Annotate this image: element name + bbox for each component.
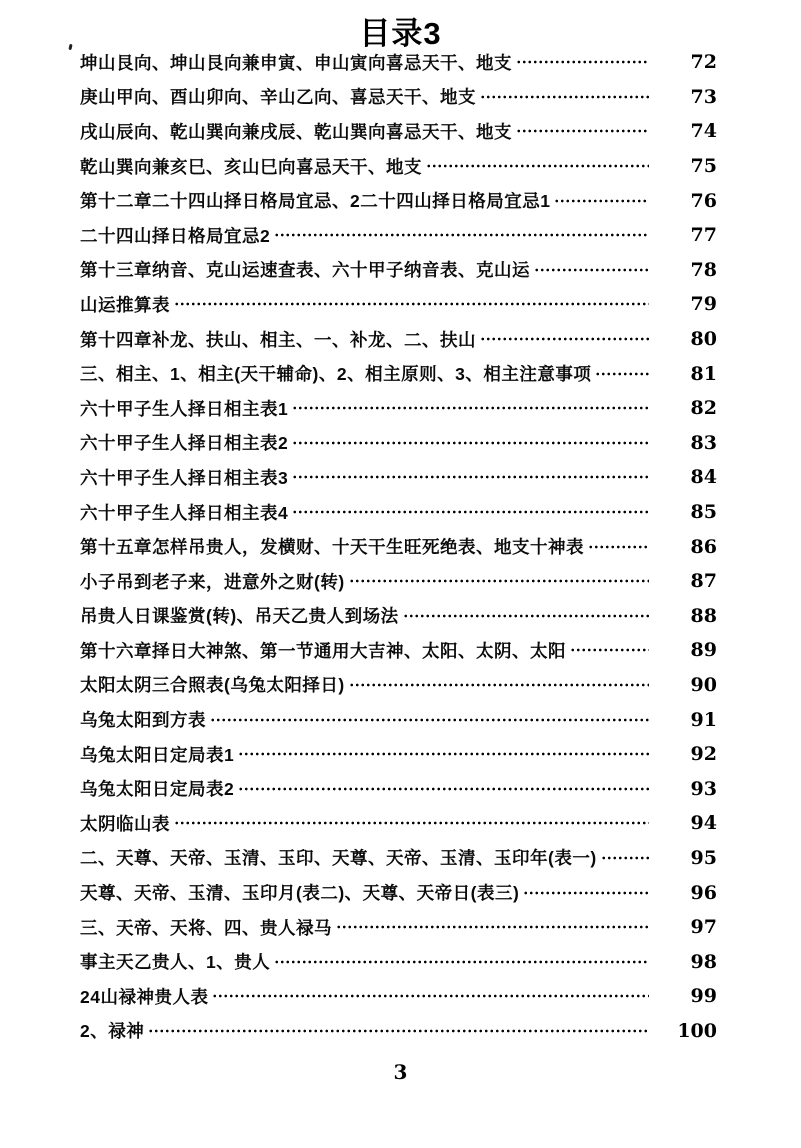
toc-entry-label: 天尊、天帝、玉清、玉印月(表二)、天尊、天帝日(表三) — [80, 880, 519, 905]
dotted-leader — [292, 473, 649, 481]
toc-entry-label: 乌兔太阳日定局表1 — [80, 742, 234, 767]
toc-entry[interactable]: 六十甲子生人择日相主表1 82 — [80, 391, 717, 426]
toc-entry-page-number: 84 — [675, 466, 717, 488]
toc-entry[interactable]: 第十五章怎样吊贵人，发横财、十天干生旺死绝表、地支十神表 86 — [80, 529, 717, 564]
toc-entry-label: 乾山巽向兼亥巳、亥山巳向喜忌天干、地支 — [80, 154, 422, 179]
toc-entry[interactable]: 第十三章纳音、克山运速查表、六十甲子纳音表、克山运 78 — [80, 253, 717, 288]
dotted-leader — [480, 93, 649, 101]
toc-entry-page-number: 72 — [675, 51, 717, 73]
dotted-leader — [570, 646, 649, 654]
toc-entry-page-number: 77 — [675, 224, 717, 246]
toc-entry-page-number: 74 — [675, 120, 717, 142]
dotted-leader — [212, 992, 649, 1000]
toc-entry-page-number: 95 — [675, 847, 717, 869]
toc-entry[interactable]: 太阳太阴三合照表(乌兔太阳择日) 90 — [80, 668, 717, 703]
toc-entry-label: 太阴临山表 — [80, 811, 170, 836]
toc-entry[interactable]: 戌山辰向、乾山巽向兼戌辰、乾山巽向喜忌天干、地支 74 — [80, 114, 717, 149]
dotted-leader — [238, 750, 649, 758]
toc-entry-label: 山运推算表 — [80, 292, 170, 317]
toc-entry-label: 第十四章补龙、扶山、相主、一、补龙、二、扶山 — [80, 327, 476, 352]
dotted-leader — [516, 58, 649, 66]
toc-entry[interactable]: 坤山艮向、坤山艮向兼申寅、申山寅向喜忌天干、地支 72 — [80, 45, 717, 80]
toc-entry-label: 三、相主、1、相主(天干辅命)、2、相主原则、3、相主注意事项 — [80, 361, 591, 386]
toc-entry-label: 二、天尊、天帝、玉清、玉印、天尊、天帝、玉清、玉印年(表一) — [80, 845, 597, 870]
toc-entry-label: 六十甲子生人择日相主表1 — [80, 396, 288, 421]
dotted-leader — [349, 681, 649, 689]
toc-entry[interactable]: 事主天乙贵人、1、贵人 98 — [80, 944, 717, 979]
toc-entry-label: 乌兔太阳到方表 — [80, 707, 206, 732]
dotted-leader — [554, 197, 649, 205]
toc-entry-label: 太阳太阴三合照表(乌兔太阳择日) — [80, 672, 345, 697]
toc-entry-page-number: 86 — [675, 536, 717, 558]
toc-entry-page-number: 88 — [675, 605, 717, 627]
toc-entry-label: 二十四山择日格局宜忌2 — [80, 223, 270, 248]
toc-entry-page-number: 93 — [675, 778, 717, 800]
toc-entry-label: 2、禄神 — [80, 1018, 144, 1043]
dotted-leader — [480, 335, 649, 343]
document-page: 目录3 坤山艮向、坤山艮向兼申寅、申山寅向喜忌天干、地支 72 庚山甲向、酉山卯… — [0, 0, 801, 1148]
toc-entry[interactable]: 24山禄神贵人表 99 — [80, 979, 717, 1014]
dotted-leader — [292, 404, 649, 412]
toc-entry-page-number: 73 — [675, 86, 717, 108]
toc-entry[interactable]: 山运推算表 79 — [80, 287, 717, 322]
dotted-leader — [174, 300, 649, 308]
toc-entry-page-number: 82 — [675, 397, 717, 419]
toc-entry-label: 三、天帝、天将、四、贵人禄马 — [80, 915, 332, 940]
toc-entry[interactable]: 第十六章择日大神煞、第一节通用大吉神、太阳、太阴、太阳 89 — [80, 633, 717, 668]
toc-entry-label: 六十甲子生人择日相主表2 — [80, 430, 288, 455]
toc-entry[interactable]: 天尊、天帝、玉清、玉印月(表二)、天尊、天帝日(表三) 96 — [80, 875, 717, 910]
dotted-leader — [588, 543, 649, 551]
toc-entry[interactable]: 吊贵人日课鉴赏(转)、吊天乙贵人到场法 88 — [80, 599, 717, 634]
toc-entry[interactable]: 六十甲子生人择日相主表4 85 — [80, 495, 717, 530]
toc-entry[interactable]: 小子吊到老子来，进意外之财(转) 87 — [80, 564, 717, 599]
dotted-leader — [516, 127, 649, 135]
toc-entry-label: 第十二章二十四山择日格局宜忌、2二十四山择日格局宜忌1 — [80, 188, 550, 213]
dotted-leader — [403, 612, 649, 620]
toc-entry-page-number: 76 — [675, 190, 717, 212]
toc-entry-label: 乌兔太阳日定局表2 — [80, 776, 234, 801]
dotted-leader — [292, 439, 649, 447]
dotted-leader — [595, 370, 649, 378]
toc-entry-page-number: 92 — [675, 743, 717, 765]
toc-entry-label: 庚山甲向、酉山卯向、辛山乙向、喜忌天干、地支 — [80, 84, 476, 109]
dotted-leader — [336, 923, 649, 931]
toc-entry[interactable]: 乾山巽向兼亥巳、亥山巳向喜忌天干、地支 75 — [80, 149, 717, 184]
toc-entry-label: 坤山艮向、坤山艮向兼申寅、申山寅向喜忌天干、地支 — [80, 50, 512, 75]
toc-entry[interactable]: 乌兔太阳到方表 91 — [80, 702, 717, 737]
dotted-leader — [534, 266, 649, 274]
dotted-leader — [148, 1027, 649, 1035]
toc-entry-label: 第十三章纳音、克山运速查表、六十甲子纳音表、克山运 — [80, 257, 530, 282]
dotted-leader — [174, 819, 649, 827]
toc-entry[interactable]: 三、相主、1、相主(天干辅命)、2、相主原则、3、相主注意事项 81 — [80, 356, 717, 391]
dotted-leader — [274, 958, 649, 966]
toc-entry-page-number: 96 — [675, 882, 717, 904]
toc-entry-page-number: 98 — [675, 951, 717, 973]
dotted-leader — [274, 231, 649, 239]
toc-entry-page-number: 81 — [675, 363, 717, 385]
toc-entry-page-number: 99 — [675, 985, 717, 1007]
toc-entry-label: 小子吊到老子来，进意外之财(转) — [80, 569, 345, 594]
toc-entry-page-number: 87 — [675, 570, 717, 592]
toc-entry-page-number: 97 — [675, 916, 717, 938]
toc-entry[interactable]: 乌兔太阳日定局表1 92 — [80, 737, 717, 772]
toc-entry-label: 第十五章怎样吊贵人，发横财、十天干生旺死绝表、地支十神表 — [80, 534, 584, 559]
toc-entry[interactable]: 二十四山择日格局宜忌2 77 — [80, 218, 717, 253]
toc-entry-page-number: 80 — [675, 328, 717, 350]
toc-entry[interactable]: 二、天尊、天帝、玉清、玉印、天尊、天帝、玉清、玉印年(表一) 95 — [80, 841, 717, 876]
toc-entry-label: 第十六章择日大神煞、第一节通用大吉神、太阳、太阴、太阳 — [80, 638, 566, 663]
dotted-leader — [292, 508, 649, 516]
dotted-leader — [426, 162, 649, 170]
toc-entry[interactable]: 第十二章二十四山择日格局宜忌、2二十四山择日格局宜忌1 76 — [80, 183, 717, 218]
toc-entry-page-number: 83 — [675, 432, 717, 454]
toc-entry[interactable]: 2、禄神 100 — [80, 1014, 717, 1049]
dotted-leader — [238, 785, 649, 793]
toc-entry[interactable]: 乌兔太阳日定局表2 93 — [80, 771, 717, 806]
toc-entry-page-number: 90 — [675, 674, 717, 696]
toc-entry-label: 24山禄神贵人表 — [80, 984, 208, 1009]
toc-entry-page-number: 100 — [675, 1020, 717, 1042]
dotted-leader — [210, 716, 649, 724]
toc-entry-label: 六十甲子生人择日相主表4 — [80, 500, 288, 525]
toc-entry[interactable]: 六十甲子生人择日相主表2 83 — [80, 426, 717, 461]
toc-entry-page-number: 94 — [675, 812, 717, 834]
toc-entry-page-number: 85 — [675, 501, 717, 523]
toc-entry-label: 六十甲子生人择日相主表3 — [80, 465, 288, 490]
toc-entry-page-number: 78 — [675, 259, 717, 281]
footer-page-number: 3 — [0, 1060, 801, 1084]
toc-entry[interactable]: 庚山甲向、酉山卯向、辛山乙向、喜忌天干、地支 73 — [80, 80, 717, 115]
toc-entry-label: 戌山辰向、乾山巽向兼戌辰、乾山巽向喜忌天干、地支 — [80, 119, 512, 144]
toc-entry-page-number: 89 — [675, 639, 717, 661]
table-of-contents: 坤山艮向、坤山艮向兼申寅、申山寅向喜忌天干、地支 72 庚山甲向、酉山卯向、辛山… — [80, 45, 717, 1048]
dotted-leader — [601, 854, 649, 862]
toc-entry-label: 吊贵人日课鉴赏(转)、吊天乙贵人到场法 — [80, 603, 399, 628]
toc-entry-page-number: 75 — [675, 155, 717, 177]
toc-entry-page-number: 79 — [675, 293, 717, 315]
toc-entry[interactable]: 第十四章补龙、扶山、相主、一、补龙、二、扶山 80 — [80, 322, 717, 357]
toc-entry-label: 事主天乙贵人、1、贵人 — [80, 949, 270, 974]
toc-entry-page-number: 91 — [675, 709, 717, 731]
toc-entry[interactable]: 太阴临山表 94 — [80, 806, 717, 841]
dotted-leader — [349, 577, 649, 585]
dotted-leader — [523, 889, 649, 897]
toc-entry[interactable]: 六十甲子生人择日相主表3 84 — [80, 460, 717, 495]
toc-entry[interactable]: 三、天帝、天将、四、贵人禄马 97 — [80, 910, 717, 945]
